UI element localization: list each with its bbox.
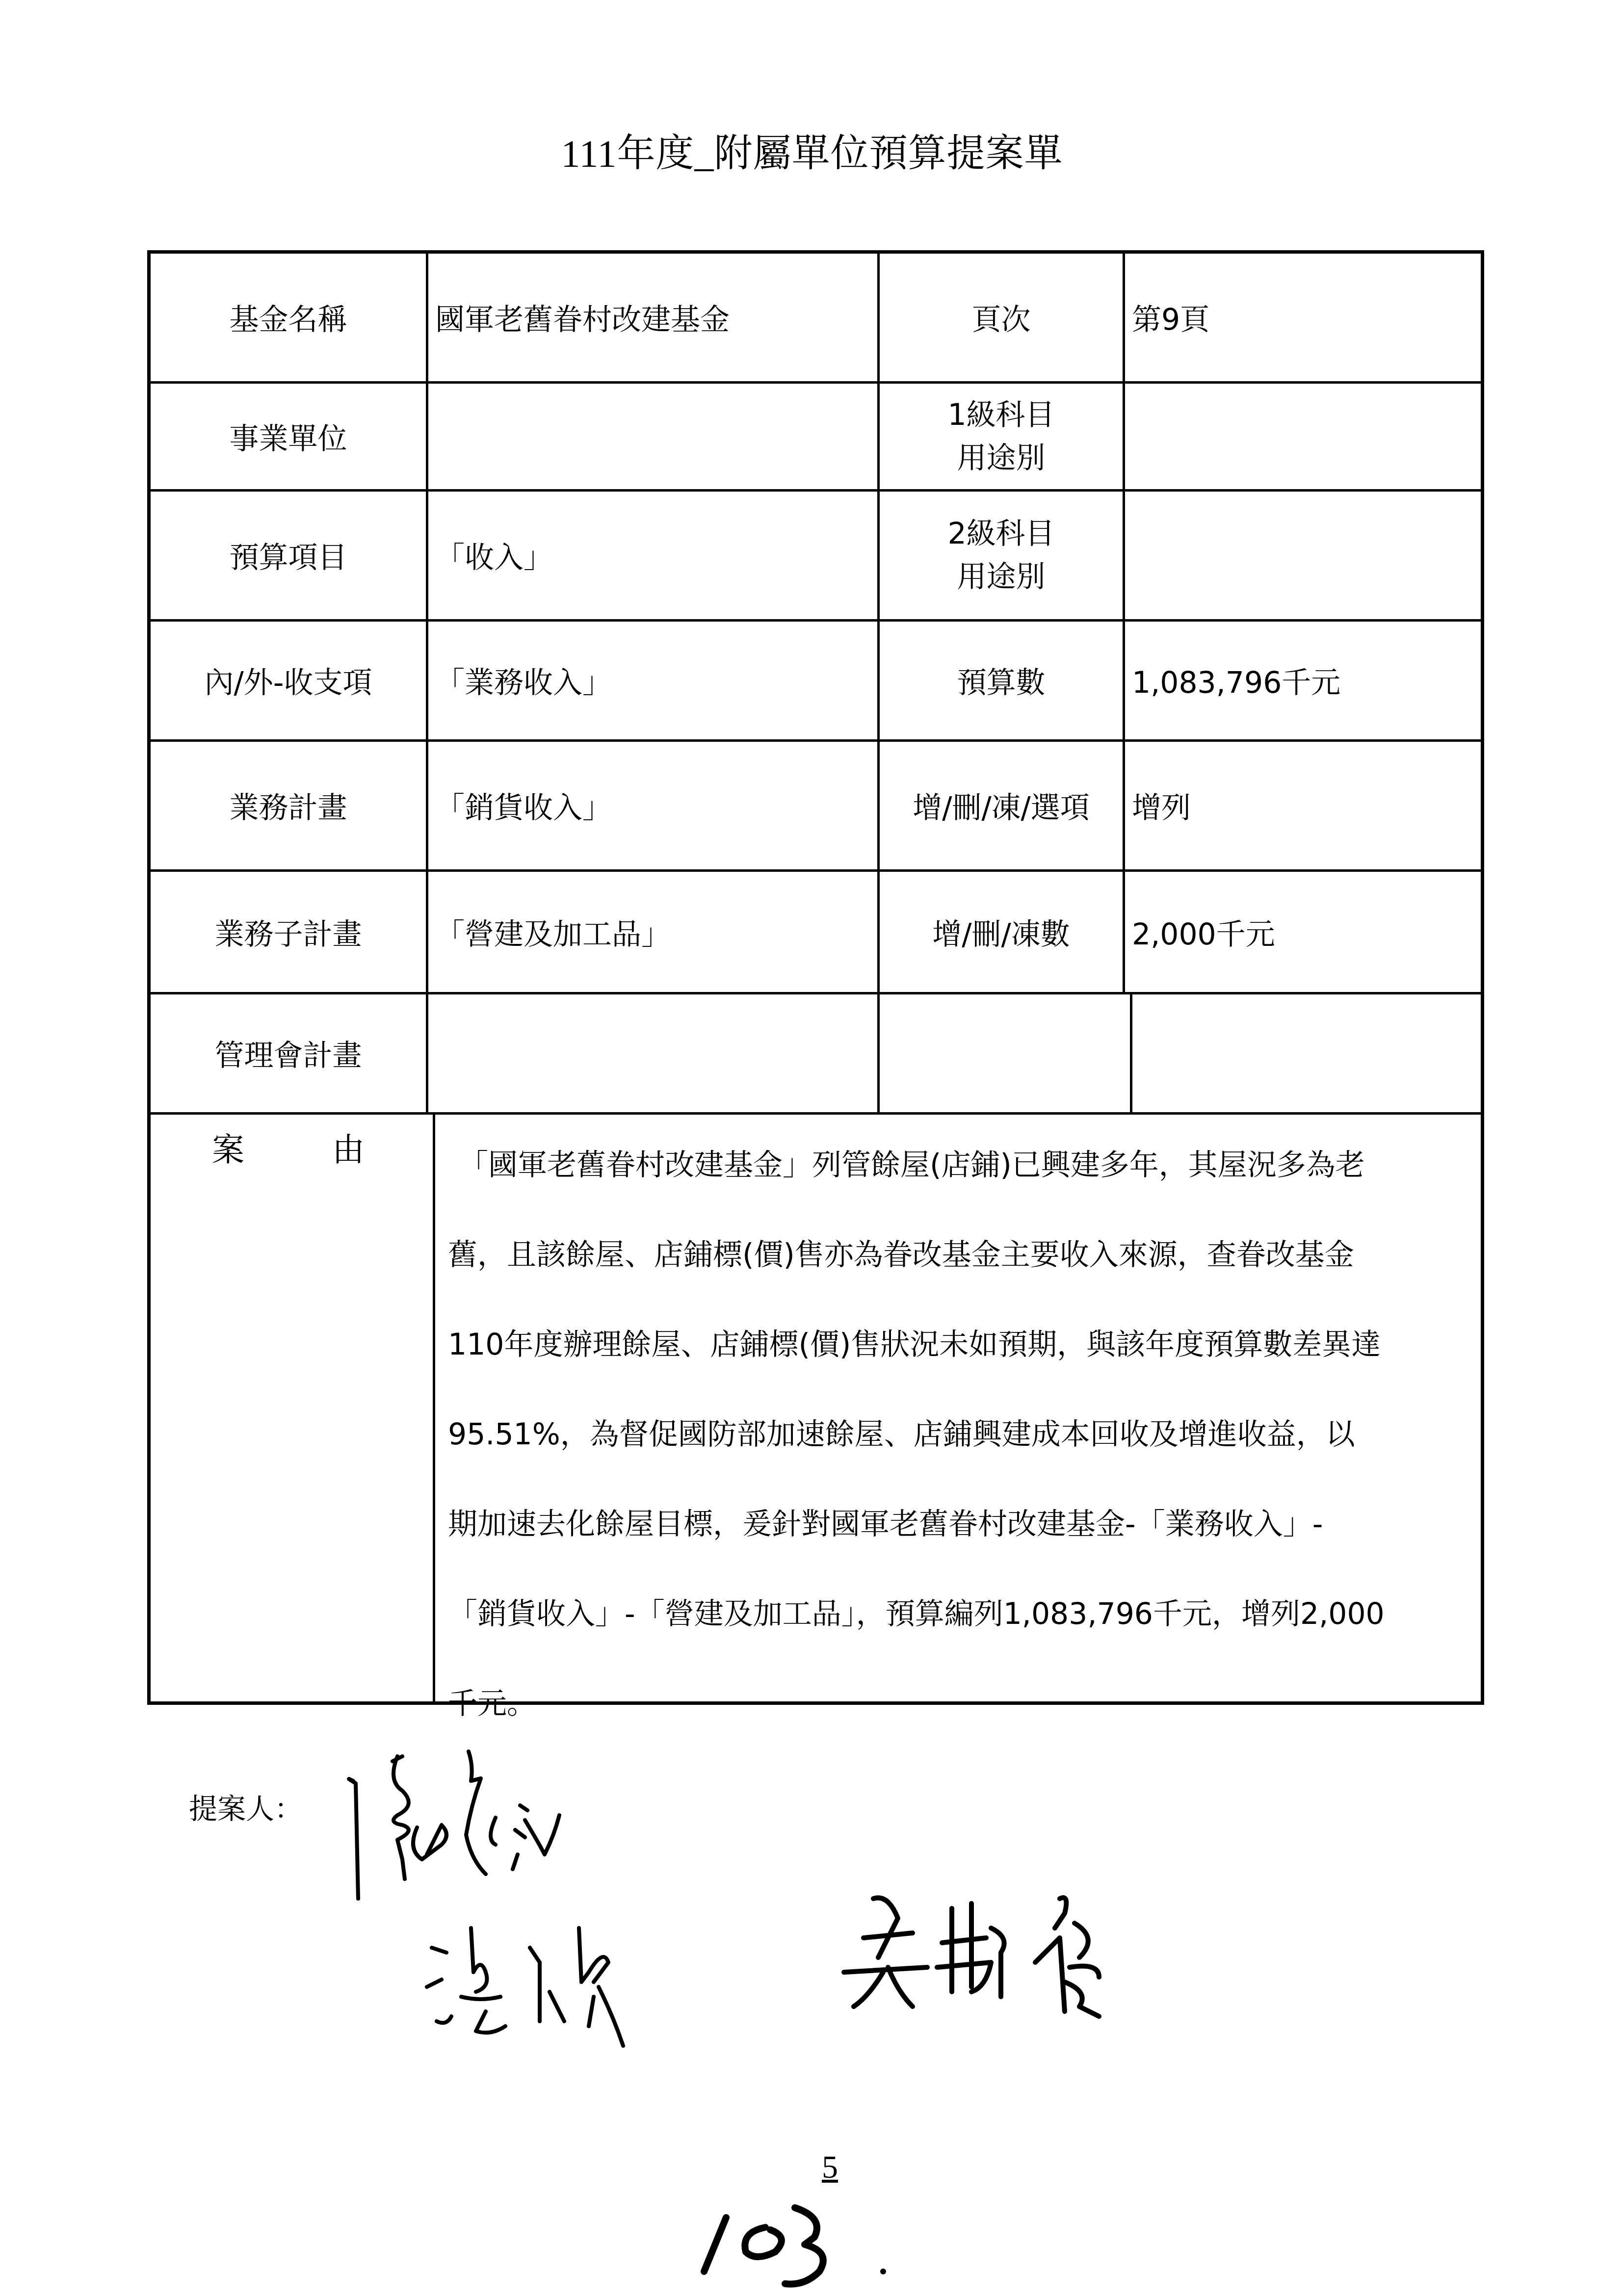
label-sub-plan: 業務子計畫 [151,872,428,992]
form-row-budget-item: 預算項目 「收入」 2級科目 用途別 [151,492,1481,622]
proposer-label: 提案人： [189,1786,303,1827]
value-business-plan: 「銷貨收入」 [428,742,880,869]
label-reason: 案 由 [151,1115,435,1701]
label-reason-char2: 由 [332,1123,365,1170]
document-title: 111年度_附屬單位預算提案單 [0,123,1624,178]
value-page: 第9頁 [1125,254,1481,381]
label-adjust-option: 增/刪/凍/選項 [880,742,1125,869]
value-income-expense: 「業務收入」 [428,622,880,739]
value-sub-plan: 「營建及加工品」 [428,872,880,992]
page-number: 5 [822,2149,838,2186]
reason-line: 舊，且該餘屋、店鋪標(價)售亦為眷改基金主要收入來源，查眷改基金 [448,1210,1471,1300]
label-budget-item: 預算項目 [151,492,428,619]
form-row-business-plan: 業務計畫 「銷貨收入」 增/刪/凍/選項 增列 [151,742,1481,872]
value-management-plan [428,994,880,1112]
form-row-management-plan: 管理會計畫 [151,994,1481,1115]
reason-line: 110年度辦理餘屋、店鋪標(價)售狀況未如預期，與該年度預算數差異達 [448,1300,1471,1390]
reason-text: 「國軍老舊眷村改建基金」列管餘屋(店鋪)已興建多年，其屋況多為老 舊，且該餘屋、… [435,1115,1481,1701]
reason-line: 「銷貨收入」-「營建及加工品」，預算編列1,083,796千元，增列2,000 [448,1569,1471,1659]
label-income-expense: 內/外-收支項 [151,622,428,739]
reason-line: 95.51%，為督促國防部加速餘屋、店鋪興建成本回收及增進收益，以 [448,1390,1471,1480]
form-row-sub-plan: 業務子計畫 「營建及加工品」 增/刪/凍數 2,000千元 [151,872,1481,994]
reason-line: 「國軍老舊眷村改建基金」列管餘屋(店鋪)已興建多年，其屋況多為老 [459,1121,1471,1210]
label-budget-amount: 預算數 [880,622,1125,739]
value-budget-amount: 1,083,796千元 [1125,622,1481,739]
label-page: 頁次 [880,254,1125,381]
value-empty [1132,994,1481,1112]
reason-line: 千元。 [448,1659,1471,1749]
dot-mark [880,2269,886,2274]
signature-1-icon [339,1737,741,1923]
label-reason-char1: 案 [212,1123,244,1170]
label-adjust-amount: 增/刪/凍數 [880,872,1125,992]
value-level2-subject [1125,492,1481,619]
form-row-business-unit: 事業單位 1級科目 用途別 [151,384,1481,492]
form-row-fund-name: 基金名稱 國軍老舊眷村改建基金 頁次 第9頁 [151,254,1481,384]
form-row-reason: 案 由 「國軍老舊眷村改建基金」列管餘屋(店鋪)已興建多年，其屋況多為老 舊，且… [151,1115,1481,1701]
budget-proposal-form: 基金名稱 國軍老舊眷村改建基金 頁次 第9頁 事業單位 1級科目 用途別 預算項… [147,250,1484,1705]
label-level1-subject: 1級科目 用途別 [880,384,1125,489]
label-business-plan: 業務計畫 [151,742,428,869]
signature-2-icon [417,1899,692,2075]
label-business-unit: 事業單位 [151,384,428,489]
label-management-plan: 管理會計畫 [151,994,428,1112]
handwritten-page-number-icon [697,2198,903,2296]
reason-line: 期加速去化餘屋目標，爰針對國軍老舊眷村改建基金-「業務收入」- [448,1480,1471,1569]
label-level2-subject: 2級科目 用途別 [880,492,1125,619]
value-fund-name: 國軍老舊眷村改建基金 [428,254,880,381]
label-fund-name: 基金名稱 [151,254,428,381]
value-adjust-option: 增列 [1125,742,1481,869]
signature-3-icon [824,1879,1217,2036]
label-empty [880,994,1132,1112]
value-adjust-amount: 2,000千元 [1125,872,1481,992]
form-row-income-expense: 內/外-收支項 「業務收入」 預算數 1,083,796千元 [151,622,1481,742]
value-business-unit [428,384,880,489]
value-level1-subject [1125,384,1481,489]
value-budget-item: 「收入」 [428,492,880,619]
